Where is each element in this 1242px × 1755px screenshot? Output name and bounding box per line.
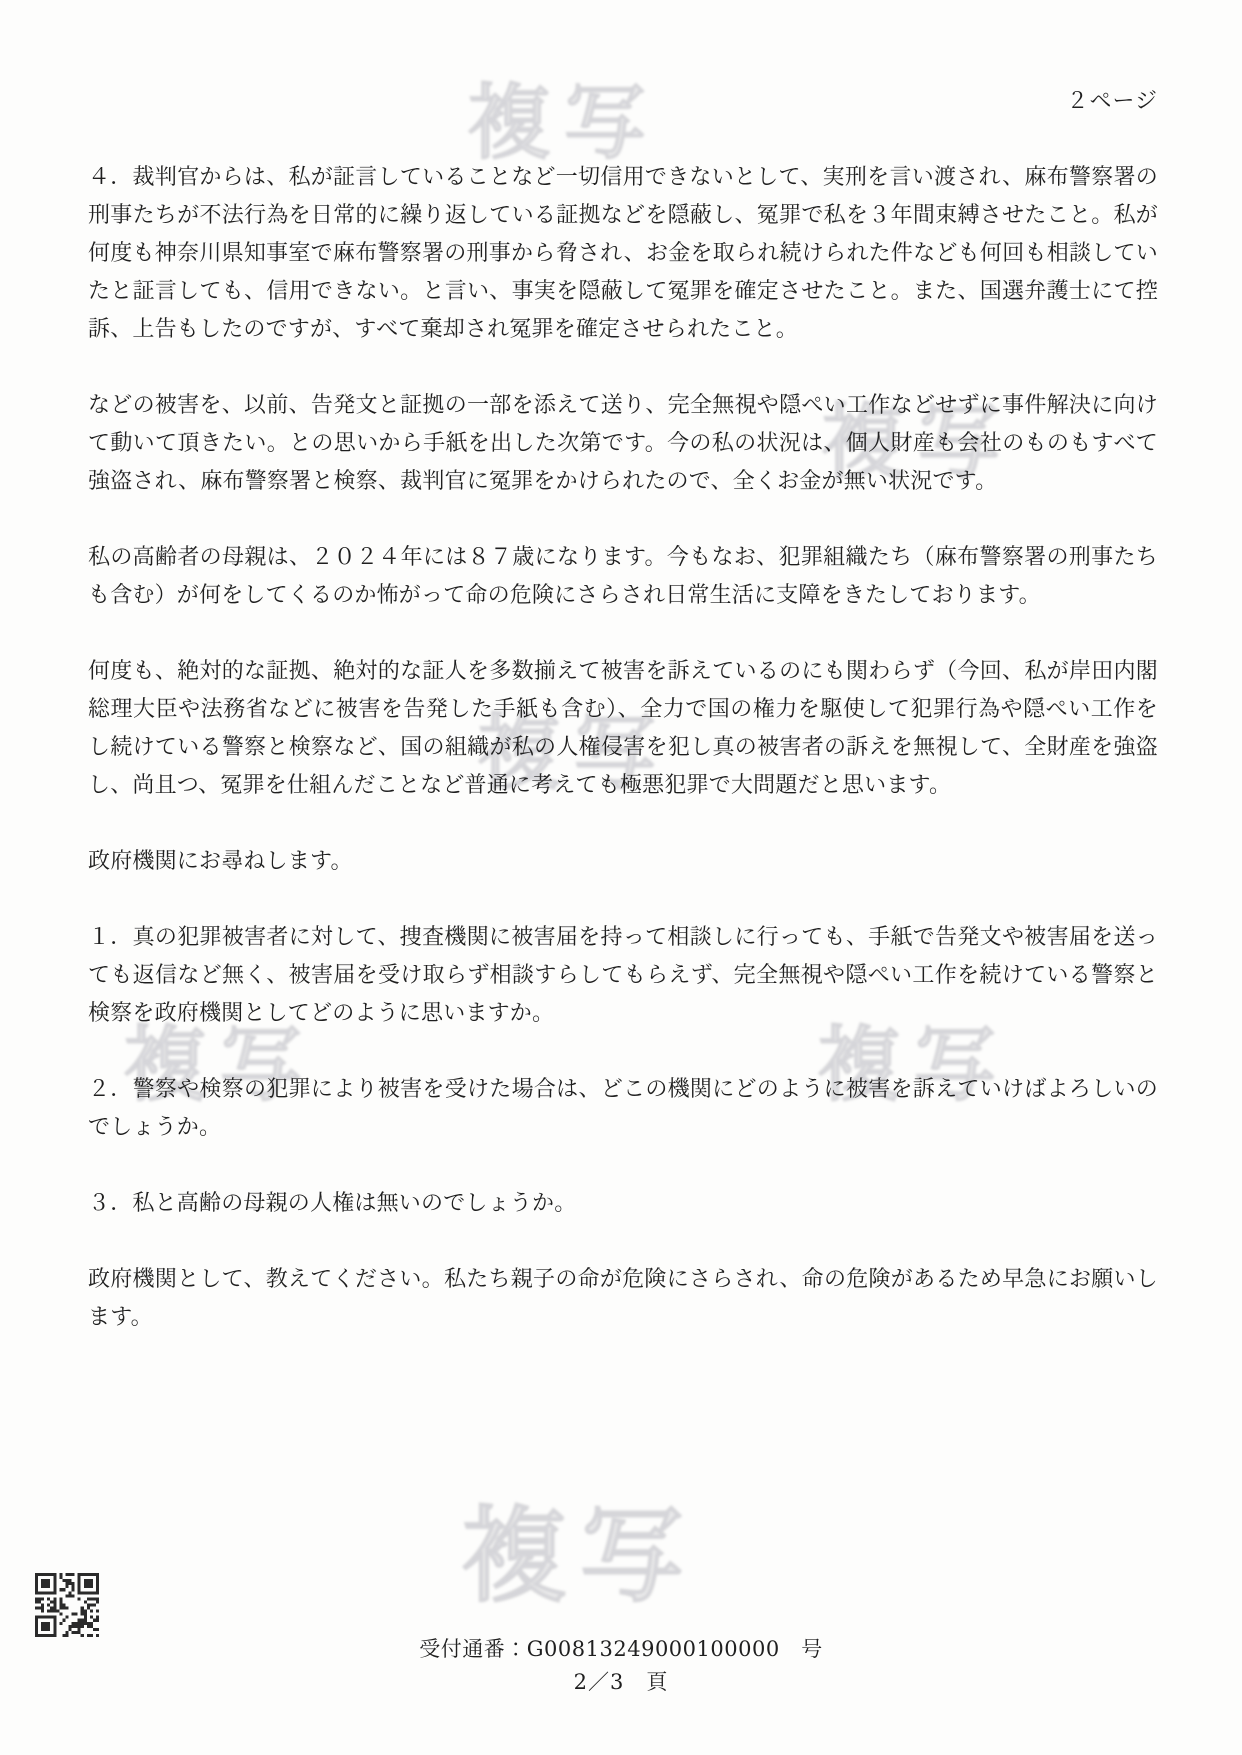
page-indicator: 2／3 頁 (0, 1666, 1242, 1699)
receipt-number: 受付通番：G00813249000100000 号 (0, 1633, 1242, 1666)
paragraph-request: などの被害を、以前、告発文と証拠の一部を添えて送り、完全無視や隠ぺい工作などせず… (88, 387, 1158, 501)
question-item-2: ２．警察や検察の犯罪により被害を受けた場合は、どこの機関にどのように被害を訴えて… (88, 1071, 1158, 1147)
question-item-1: １．真の犯罪被害者に対して、捜査機関に被害届を持って相談しに行っても、手紙で告発… (88, 919, 1158, 1033)
paragraph-closing: 政府機関として、教えてください。私たち親子の命が危険にさらされ、命の危険があるた… (88, 1261, 1158, 1337)
paragraph-item4: ４．裁判官からは、私が証言していることなど一切信用できないとして、実刑を言い渡さ… (88, 159, 1158, 349)
paragraph-question-intro: 政府機関にお尋ねします。 (88, 843, 1158, 881)
qr-code (35, 1573, 99, 1637)
page-footer: 受付通番：G00813249000100000 号 2／3 頁 (0, 1633, 1242, 1699)
copy-watermark-stamp: 複写 (462, 1472, 698, 1622)
question-item-3: ３．私と高齢の母親の人権は無いのでしょうか。 (88, 1185, 1158, 1223)
page-number-label: ２ページ (88, 84, 1158, 115)
paragraph-mother: 私の高齢者の母親は、２０２４年には８７歳になります。今もなお、犯罪組織たち（麻布… (88, 539, 1158, 615)
paragraph-accusation: 何度も、絶対的な証拠、絶対的な証人を多数揃えて被害を訴えているのにも関わらず（今… (88, 653, 1158, 805)
scanned-letter-page: 複写 複写 複写 複写 複写 複写 ２ページ ４．裁判官からは、私が証言している… (0, 0, 1242, 1755)
letter-body: ２ページ ４．裁判官からは、私が証言していることなど一切信用できないとして、実刑… (88, 84, 1158, 1375)
